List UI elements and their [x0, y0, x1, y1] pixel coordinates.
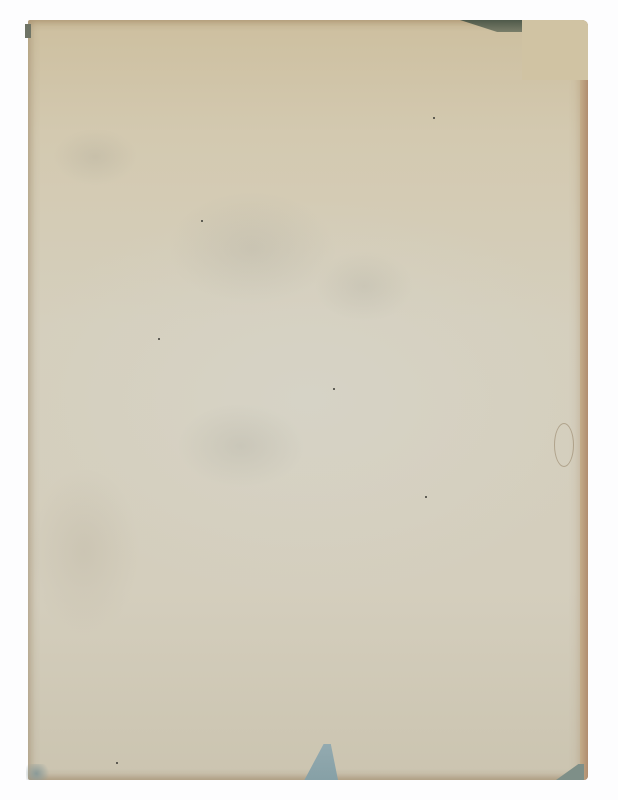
- exposed-cloth-top: [460, 20, 522, 32]
- bottom-left-worn-corner: [26, 764, 52, 780]
- exposed-cloth-bottom-tear: [290, 744, 338, 780]
- bottom-right-worn-corner: [556, 764, 584, 780]
- top-left-worn-corner: [25, 24, 31, 38]
- torn-top-right-corner: [522, 20, 588, 80]
- speck: [433, 117, 435, 119]
- oval-stain-mark: [554, 423, 574, 467]
- speck: [425, 496, 427, 498]
- speck: [116, 762, 118, 764]
- paper-cover: [28, 20, 588, 780]
- speck: [201, 220, 203, 222]
- cover-right-edge: [580, 20, 588, 780]
- photo-scene: [0, 0, 618, 800]
- speck: [333, 388, 335, 390]
- speck: [158, 338, 160, 340]
